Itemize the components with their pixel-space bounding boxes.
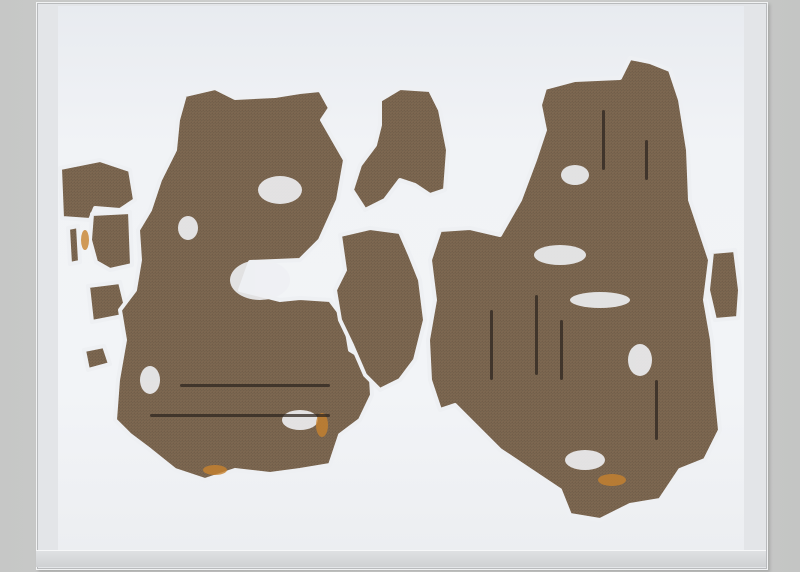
right-main-fragment — [428, 58, 720, 520]
left-small-fragment-2 — [90, 212, 132, 270]
middle-top-fragment — [352, 88, 448, 210]
left-small-fragment-3 — [68, 226, 80, 264]
photo-scene — [0, 0, 800, 572]
left-small-fragment-5 — [84, 346, 110, 370]
right-edge-fragment — [708, 250, 740, 320]
manuscript-fragments — [0, 0, 800, 572]
